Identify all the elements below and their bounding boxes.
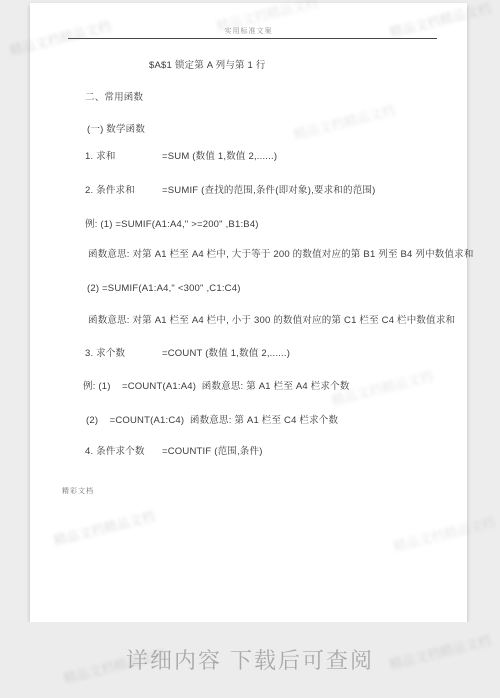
doc-section-title: 二、常用函数: [85, 89, 143, 103]
doc-line-countif: 4. 条件求个数=COUNTIF (范围,条件): [85, 443, 263, 457]
document-page: 实用标准文案 $A$1 锁定第 A 列与第 1 行 二、常用函数 (一) 数学函…: [30, 3, 467, 622]
doc-line-sum: 1. 求和=SUM (数值 1,数值 2,......): [85, 148, 277, 162]
doc-line-sumif-example1: 例: (1) =SUMIF(A1:A4," >=200" ,B1:B4): [85, 216, 259, 230]
page-footer-text: 精彩文档: [62, 486, 94, 496]
function-formula: =COUNT (数值 1,数值 2,......): [162, 348, 290, 359]
doc-subsection-title: (一) 数学函数: [87, 121, 145, 135]
doc-line-sumif-meaning1: 函数意思: 对第 A1 栏至 A4 栏中, 大于等于 200 的数值对应的第 B…: [88, 246, 474, 260]
function-label: 1. 求和: [85, 148, 162, 162]
header-rule-divider: [68, 38, 437, 39]
doc-line-sumif-example2: (2) =SUMIF(A1:A4," <300" ,C1:C4): [87, 283, 241, 294]
page-header-text: 实用标准文案: [30, 26, 467, 36]
doc-line-count-example2: (2) =COUNT(A1:C4) 函数意思: 第 A1 栏至 C4 栏求个数: [86, 412, 338, 426]
doc-line-anchor-note: $A$1 锁定第 A 列与第 1 行: [149, 57, 266, 71]
doc-line-count-example1: 例: (1) =COUNT(A1:A4) 函数意思: 第 A1 栏至 A4 栏求…: [83, 378, 350, 392]
doc-line-sumif-meaning2: 函数意思: 对第 A1 栏至 A4 栏中, 小于 300 的数值对应的第 C1 …: [88, 312, 455, 326]
function-formula: =COUNTIF (范围,条件): [162, 446, 263, 457]
function-label: 4. 条件求个数: [85, 443, 162, 457]
function-formula: =SUMIF (查找的范围,条件(即对象),要求和的范围): [162, 185, 375, 196]
download-prompt-text: 详细内容 下载后可查阅: [0, 644, 500, 675]
function-formula: =SUM (数值 1,数值 2,......): [162, 151, 277, 162]
doc-line-sumif: 2. 条件求和=SUMIF (查找的范围,条件(即对象),要求和的范围): [85, 182, 375, 196]
function-label: 2. 条件求和: [85, 182, 162, 196]
function-label: 3. 求个数: [85, 345, 162, 359]
doc-line-count: 3. 求个数=COUNT (数值 1,数值 2,......): [85, 345, 290, 359]
